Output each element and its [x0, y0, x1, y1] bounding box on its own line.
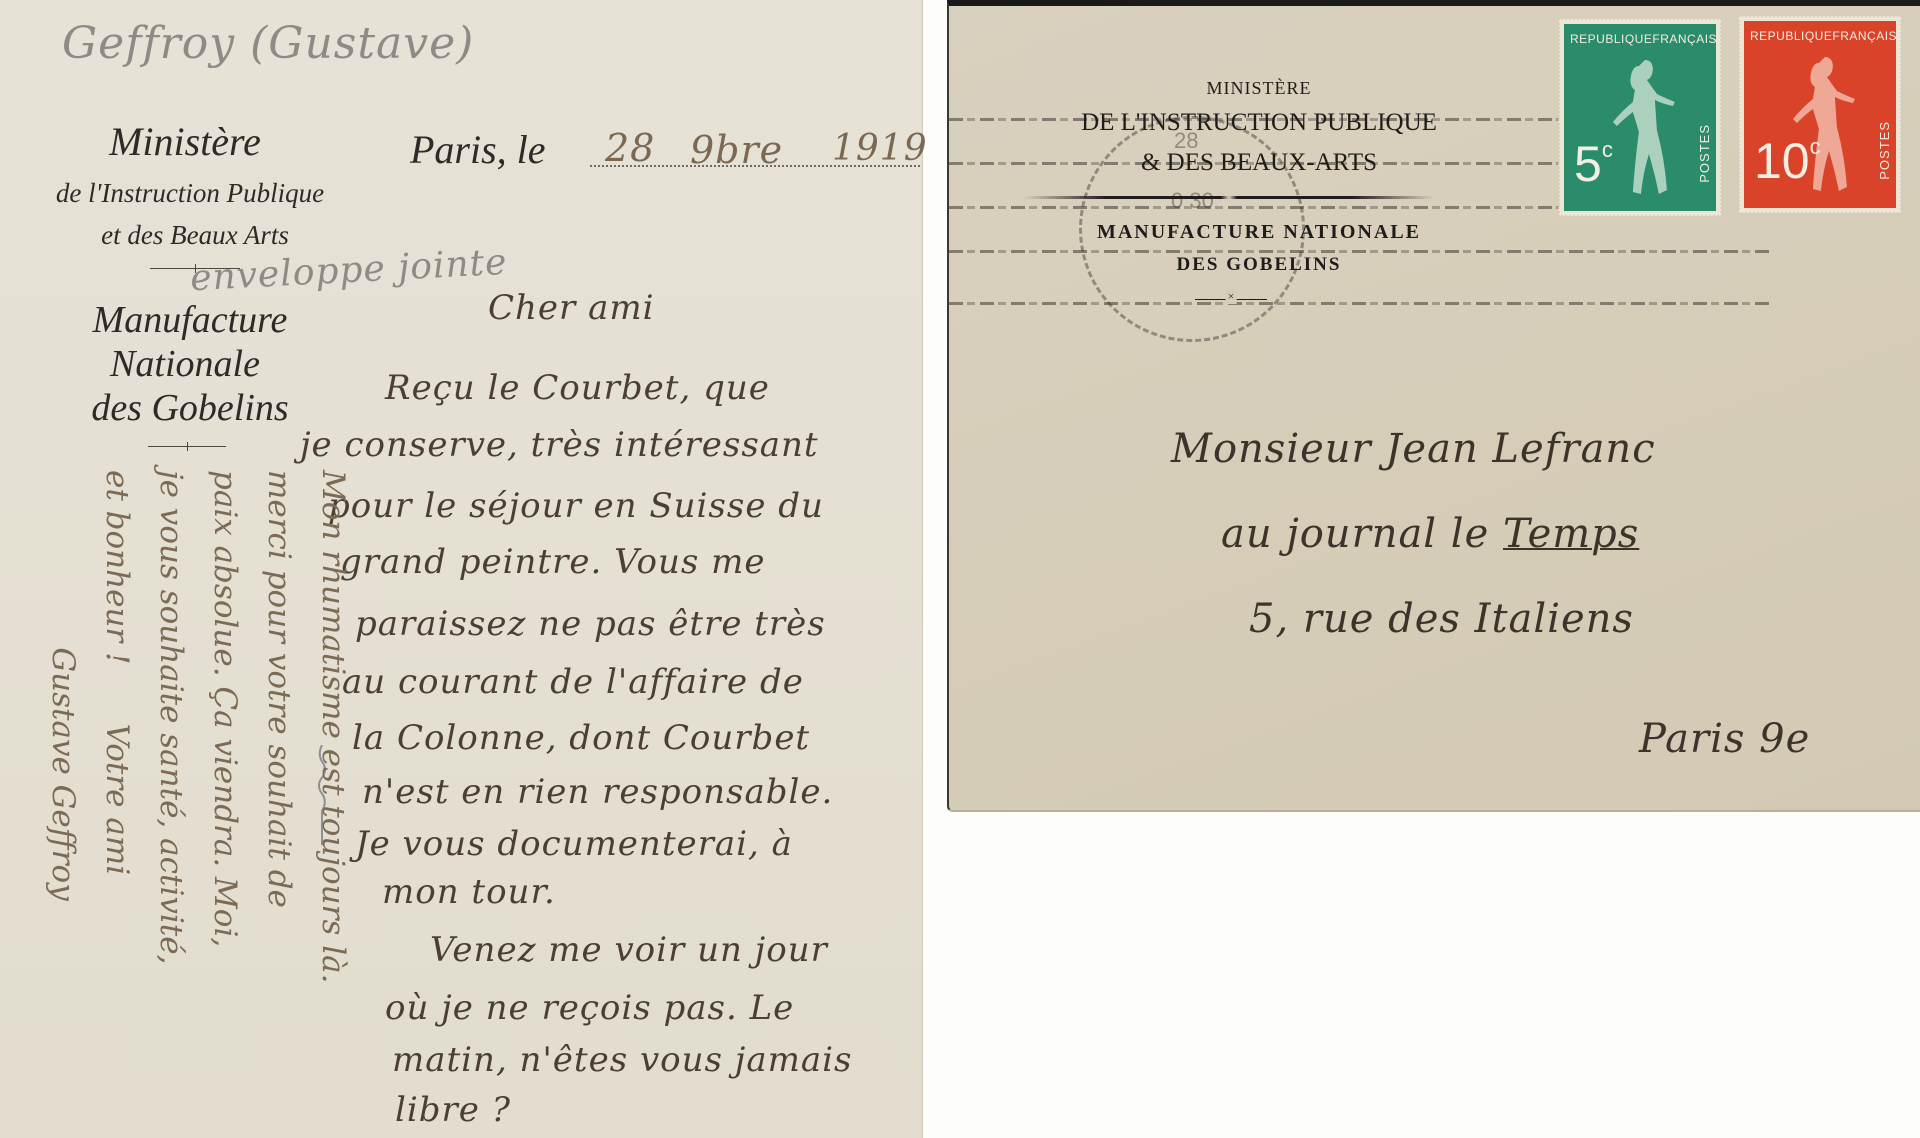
stamp-5c-value: 5c [1574, 139, 1613, 189]
stamp-10c-postes: POSTES [1877, 121, 1892, 180]
stamp-5c-country-1: REPUBLIQUE [1570, 32, 1652, 46]
margin-note-line-1: Mon rhumatisme est toujours là. [306, 470, 360, 1120]
envelope-head-instruction: DE L'INSTRUCTION PUBLIQUE [1019, 109, 1499, 137]
address-recipient: Monsieur Jean Lefranc [1171, 426, 1656, 472]
body-line-14: libre ? [395, 1090, 511, 1130]
body-line-1: Reçu le Courbet, que [385, 368, 770, 408]
address-newspaper: au journal le Temps [1221, 511, 1639, 557]
date-year: 1919 [832, 128, 928, 169]
date-printed-prefix: Paris, le [410, 126, 546, 173]
date-day: 28 [605, 126, 655, 170]
stamp-5c: REPUBLIQUE FRANÇAISE 5c POSTES [1559, 19, 1721, 216]
stamp-5c-postes: POSTES [1697, 124, 1712, 183]
letterhead-gobelins: des Gobelins [40, 386, 340, 430]
body-line-8: n'est en rien responsable. [362, 772, 833, 812]
margin-note-line-2: merci pour votre souhait de [252, 470, 306, 1120]
letterhead-manufacture: Manufacture [40, 298, 340, 342]
body-line-6: au courant de l'affaire de [342, 662, 804, 702]
date-month: 9bre [690, 128, 783, 172]
letter-sheet: Geffroy (Gustave) Ministère de l'Instruc… [0, 0, 923, 1138]
body-line-5: paraissez ne pas être très [355, 604, 826, 644]
body-line-4: grand peintre. Vous me [340, 542, 765, 582]
envelope-head-gobelins: DES GOBELINS [1109, 254, 1409, 276]
stamp-10c-country-1: REPUBLIQUE [1750, 29, 1832, 43]
body-line-9: Je vous documenterai, à [355, 824, 793, 864]
salutation: Cher ami [488, 288, 654, 328]
postmark-time: 0 30 [1171, 188, 1214, 214]
body-line-10: mon tour. [382, 872, 556, 912]
envelope-head-beaux-arts: & DES BEAUX-ARTS [1059, 149, 1459, 177]
cancellation-line [949, 302, 1769, 305]
body-line-3: pour le séjour en Suisse du [328, 486, 824, 526]
letterhead-ministere: Ministère [60, 118, 310, 165]
envelope: 28 0 30 MINISTÈRE DE L'INSTRUCTION PUBLI… [947, 0, 1920, 812]
address-newspaper-name: Temps [1503, 511, 1639, 557]
cancellation-line [949, 250, 1769, 253]
letterhead-nationale: Nationale [60, 342, 310, 386]
envelope-head-manufacture: MANUFACTURE NATIONALE [1019, 221, 1499, 244]
envelope-head-ornament [1024, 196, 1434, 199]
envelope-head-ministere: MINISTÈRE [1109, 78, 1409, 99]
margin-note-signature: Gustave Geffroy [36, 470, 90, 1120]
stamp-10c-country-2: FRANÇAISE [1832, 29, 1896, 43]
address-newspaper-prefix: au journal le [1221, 511, 1489, 557]
address-city: Paris 9e [1639, 716, 1810, 762]
sower-figure-icon [1605, 50, 1683, 200]
body-line-13: matin, n'êtes vous jamais [392, 1040, 852, 1080]
letterhead-instruction: de l'Instruction Publique [20, 178, 360, 209]
body-line-7: la Colonne, dont Courbet [352, 718, 810, 758]
pencil-annotation-name: Geffroy (Gustave) [62, 18, 474, 69]
address-street: 5, rue des Italiens [1249, 596, 1634, 642]
stamp-5c-country-2: FRANÇAISE [1652, 32, 1716, 46]
margin-note-line-3: paix absolue. Ça viendra. Moi, [198, 470, 252, 1120]
margin-note: Mon rhumatisme est toujours là. merci po… [20, 470, 360, 1120]
body-line-2: je conserve, très intéressant [300, 425, 819, 465]
margin-note-line-5: et bonheur ! Votre ami [90, 470, 144, 1120]
envelope-head-small-rule [1195, 299, 1267, 300]
stamp-10c: REPUBLIQUE FRANÇAISE 10c POSTES [1739, 16, 1901, 213]
body-line-12: où je ne reçois pas. Le [385, 988, 794, 1028]
letterhead-bottom-rule [148, 446, 226, 447]
letterhead-beaux-arts: et des Beaux Arts [50, 220, 340, 251]
stamp-10c-value: 10c [1754, 136, 1821, 186]
margin-note-line-4: je vous souhaite santé, activité, [144, 470, 198, 1120]
body-line-11: Venez me voir un jour [430, 930, 828, 970]
